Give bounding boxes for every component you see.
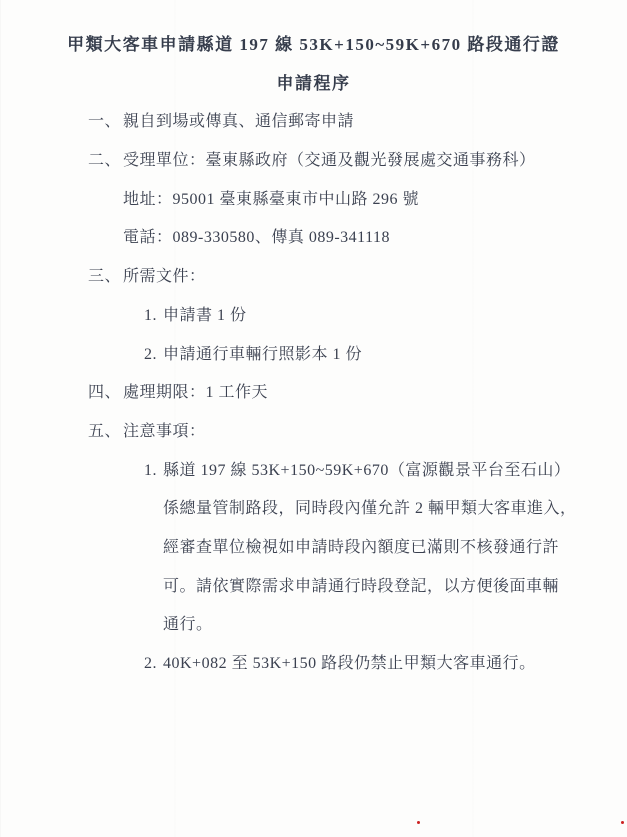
section-5-item-2-num: 2. bbox=[144, 645, 163, 684]
section-5-item-1: 1. 縣道 197 線 53K+150~59K+670（富源觀景平台至石山） 係… bbox=[144, 452, 557, 645]
section-1-text: 親自到場或傳真、通信郵寄申請 bbox=[123, 103, 557, 142]
section-3-item-1-num: 1. bbox=[144, 297, 163, 336]
scan-artifact-speck bbox=[417, 821, 420, 824]
section-1-label: 一、 bbox=[88, 103, 123, 142]
section-5-item-1-line-3: 經審查單位檢視如申請時段內額度已滿則不核發通行許 bbox=[163, 529, 557, 568]
section-3-text: 所需文件： bbox=[123, 258, 557, 297]
section-4: 四、 處理期限：1 工作天 bbox=[88, 374, 557, 413]
section-5-item-2-text: 40K+082 至 53K+150 路段仍禁止甲類大客車通行。 bbox=[163, 645, 557, 684]
section-3-item-2-num: 2. bbox=[144, 336, 163, 375]
section-2-text: 受理單位：臺東縣政府（交通及觀光發展處交通事務科） bbox=[123, 142, 557, 181]
section-1: 一、 親自到場或傳真、通信郵寄申請 bbox=[88, 103, 557, 142]
section-5-item-1-line-5: 通行。 bbox=[163, 606, 557, 645]
section-5-item-2: 2. 40K+082 至 53K+150 路段仍禁止甲類大客車通行。 bbox=[144, 645, 557, 684]
section-3-label: 三、 bbox=[88, 258, 123, 297]
document-title-line2: 申請程序 bbox=[0, 65, 627, 104]
section-3-item-2: 2. 申請通行車輛行照影本 1 份 bbox=[144, 336, 557, 375]
section-2-phone: 電話：089-330580、傳真 089-341118 bbox=[123, 219, 557, 258]
section-2: 二、 受理單位：臺東縣政府（交通及觀光發展處交通事務科） 地址：95001 臺東… bbox=[88, 142, 557, 258]
document-title-line1: 甲類大客車申請縣道 197 線 53K+150~59K+670 路段通行證 bbox=[0, 26, 627, 65]
section-3-item-1: 1. 申請書 1 份 bbox=[144, 297, 557, 336]
section-5-label: 五、 bbox=[88, 413, 123, 452]
section-2-address: 地址：95001 臺東縣臺東市中山路 296 號 bbox=[123, 181, 557, 220]
section-5: 五、 注意事項： 1. 縣道 197 線 53K+150~59K+670（富源觀… bbox=[88, 413, 557, 684]
section-4-text: 處理期限：1 工作天 bbox=[123, 374, 557, 413]
section-4-label: 四、 bbox=[88, 374, 123, 413]
section-5-text: 注意事項： bbox=[123, 413, 557, 452]
document-body: 一、 親自到場或傳真、通信郵寄申請 二、 受理單位：臺東縣政府（交通及觀光發展處… bbox=[0, 103, 627, 683]
scanned-document-page: 甲類大客車申請縣道 197 線 53K+150~59K+670 路段通行證 申請… bbox=[0, 0, 627, 837]
section-5-item-1-line-4: 可。請依實際需求申請通行時段登記，以方便後面車輛 bbox=[163, 568, 557, 607]
section-2-label: 二、 bbox=[88, 142, 123, 181]
scan-artifact-speck bbox=[621, 821, 624, 824]
section-3-item-2-text: 申請通行車輛行照影本 1 份 bbox=[163, 336, 557, 375]
section-3-item-1-text: 申請書 1 份 bbox=[163, 297, 557, 336]
section-5-item-1-num: 1. bbox=[144, 452, 163, 491]
section-3: 三、 所需文件： 1. 申請書 1 份 2. 申請通行車輛行照影本 1 份 bbox=[88, 258, 557, 374]
section-5-item-1-line-2: 係總量管制路段，同時段內僅允許 2 輛甲類大客車進入， bbox=[163, 490, 557, 529]
section-5-item-1-line-1: 縣道 197 線 53K+150~59K+670（富源觀景平台至石山） bbox=[163, 452, 557, 491]
